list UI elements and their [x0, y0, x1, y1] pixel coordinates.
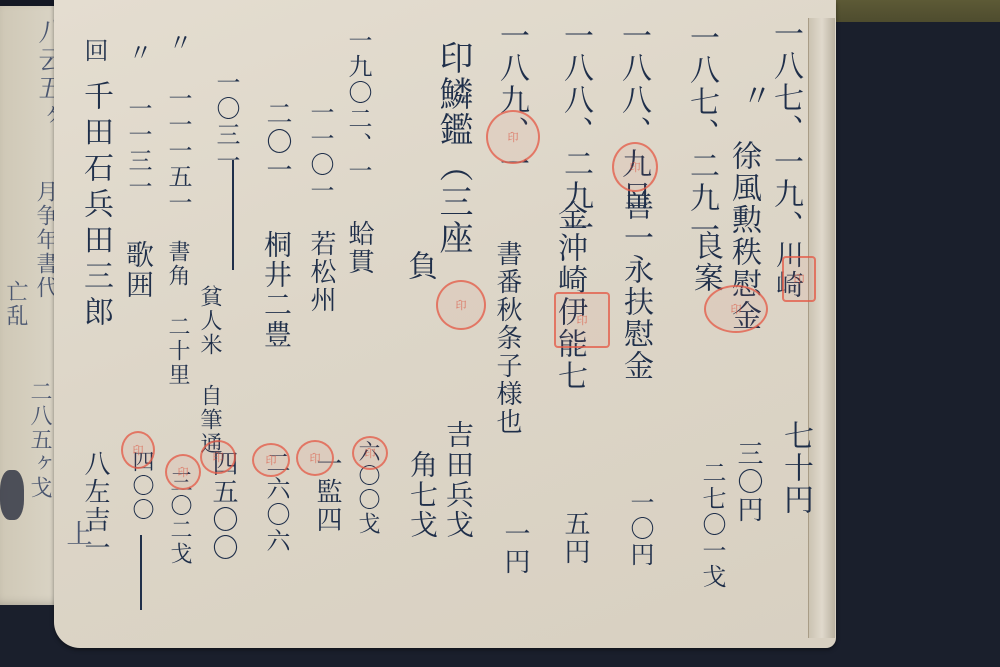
entry-date-14: 〃 一一三一 — [126, 40, 150, 200]
red-seal: 印 — [704, 285, 768, 333]
entry-amount-6: 一円 — [502, 520, 528, 576]
entry-amount-5: 五円 — [562, 510, 588, 566]
entry-amount-2: 三〇円 — [735, 440, 761, 524]
entry-item-3: 良案 — [690, 230, 720, 294]
ledger-rule-line — [140, 535, 142, 610]
left-col-5: 上 — [64, 520, 90, 548]
entry-item-13: 書角 二十里 — [166, 240, 188, 387]
red-seal: 印 — [486, 110, 540, 164]
entry-item-14: 歌囲 — [124, 240, 152, 300]
entry-date-13: 〃 一一一五一 — [166, 30, 190, 216]
entry-date-2: 〃 — [738, 80, 768, 112]
entry-date-12: 一〇三一 — [214, 70, 238, 174]
red-seal: 印 — [252, 443, 290, 477]
entry-date-9: 一九〇二、一 — [346, 28, 370, 184]
entry-date-3: 一八七、二九一 — [686, 22, 716, 246]
red-seal: 印 — [121, 431, 155, 469]
entry-item-7: 印鱗鑑（三座 — [436, 40, 470, 256]
entry-item-8: 負 — [404, 250, 434, 282]
left-col-3: 二八五ヶ戈 — [28, 380, 50, 500]
entry-item-6: 書番秋条子様也 — [494, 240, 520, 436]
page-stack-edge — [808, 18, 835, 638]
left-col-4: 亡乱 — [4, 280, 26, 328]
entry-date-15: 回 — [82, 38, 106, 64]
entry-amount-7: 吉田兵戈 — [444, 420, 472, 540]
entry-amount-4: 一〇円 — [628, 490, 652, 568]
entry-amount-3: 二七〇一戈 — [700, 460, 724, 590]
red-seal: 印 — [296, 440, 334, 476]
red-seal: 印 — [165, 454, 201, 490]
red-seal: 印 — [200, 440, 236, 474]
entry-item-4: 善一永扶慰金 — [620, 190, 650, 382]
ink-smudge — [0, 470, 24, 520]
entry-item-10: 若松州 — [308, 230, 334, 314]
red-seal: 印 — [436, 280, 486, 330]
entry-amount-1: 七十円 — [780, 420, 810, 516]
entry-amount-8: 角七戈 — [408, 450, 436, 540]
entry-date-11: 二〇一 — [264, 100, 290, 184]
red-seal: 印 — [612, 142, 658, 192]
ledger-rule-line — [232, 160, 234, 270]
entry-item-9: 蛤貫 — [346, 220, 372, 276]
entry-item-11: 桐井二豊 — [262, 230, 290, 350]
red-seal: 印 — [352, 436, 388, 470]
entry-date-10: 一一〇一 — [308, 100, 332, 204]
red-seal: 印 — [782, 256, 816, 302]
left-col-2: 月争年書代 — [34, 180, 56, 300]
entry-date-1: 一八七、一九、 — [770, 18, 800, 242]
red-seal: 印 — [554, 292, 610, 348]
entry-item-15: 千田石兵田三郎 — [80, 80, 110, 332]
entry-item-12: 貧人米 自筆通 — [198, 285, 220, 456]
